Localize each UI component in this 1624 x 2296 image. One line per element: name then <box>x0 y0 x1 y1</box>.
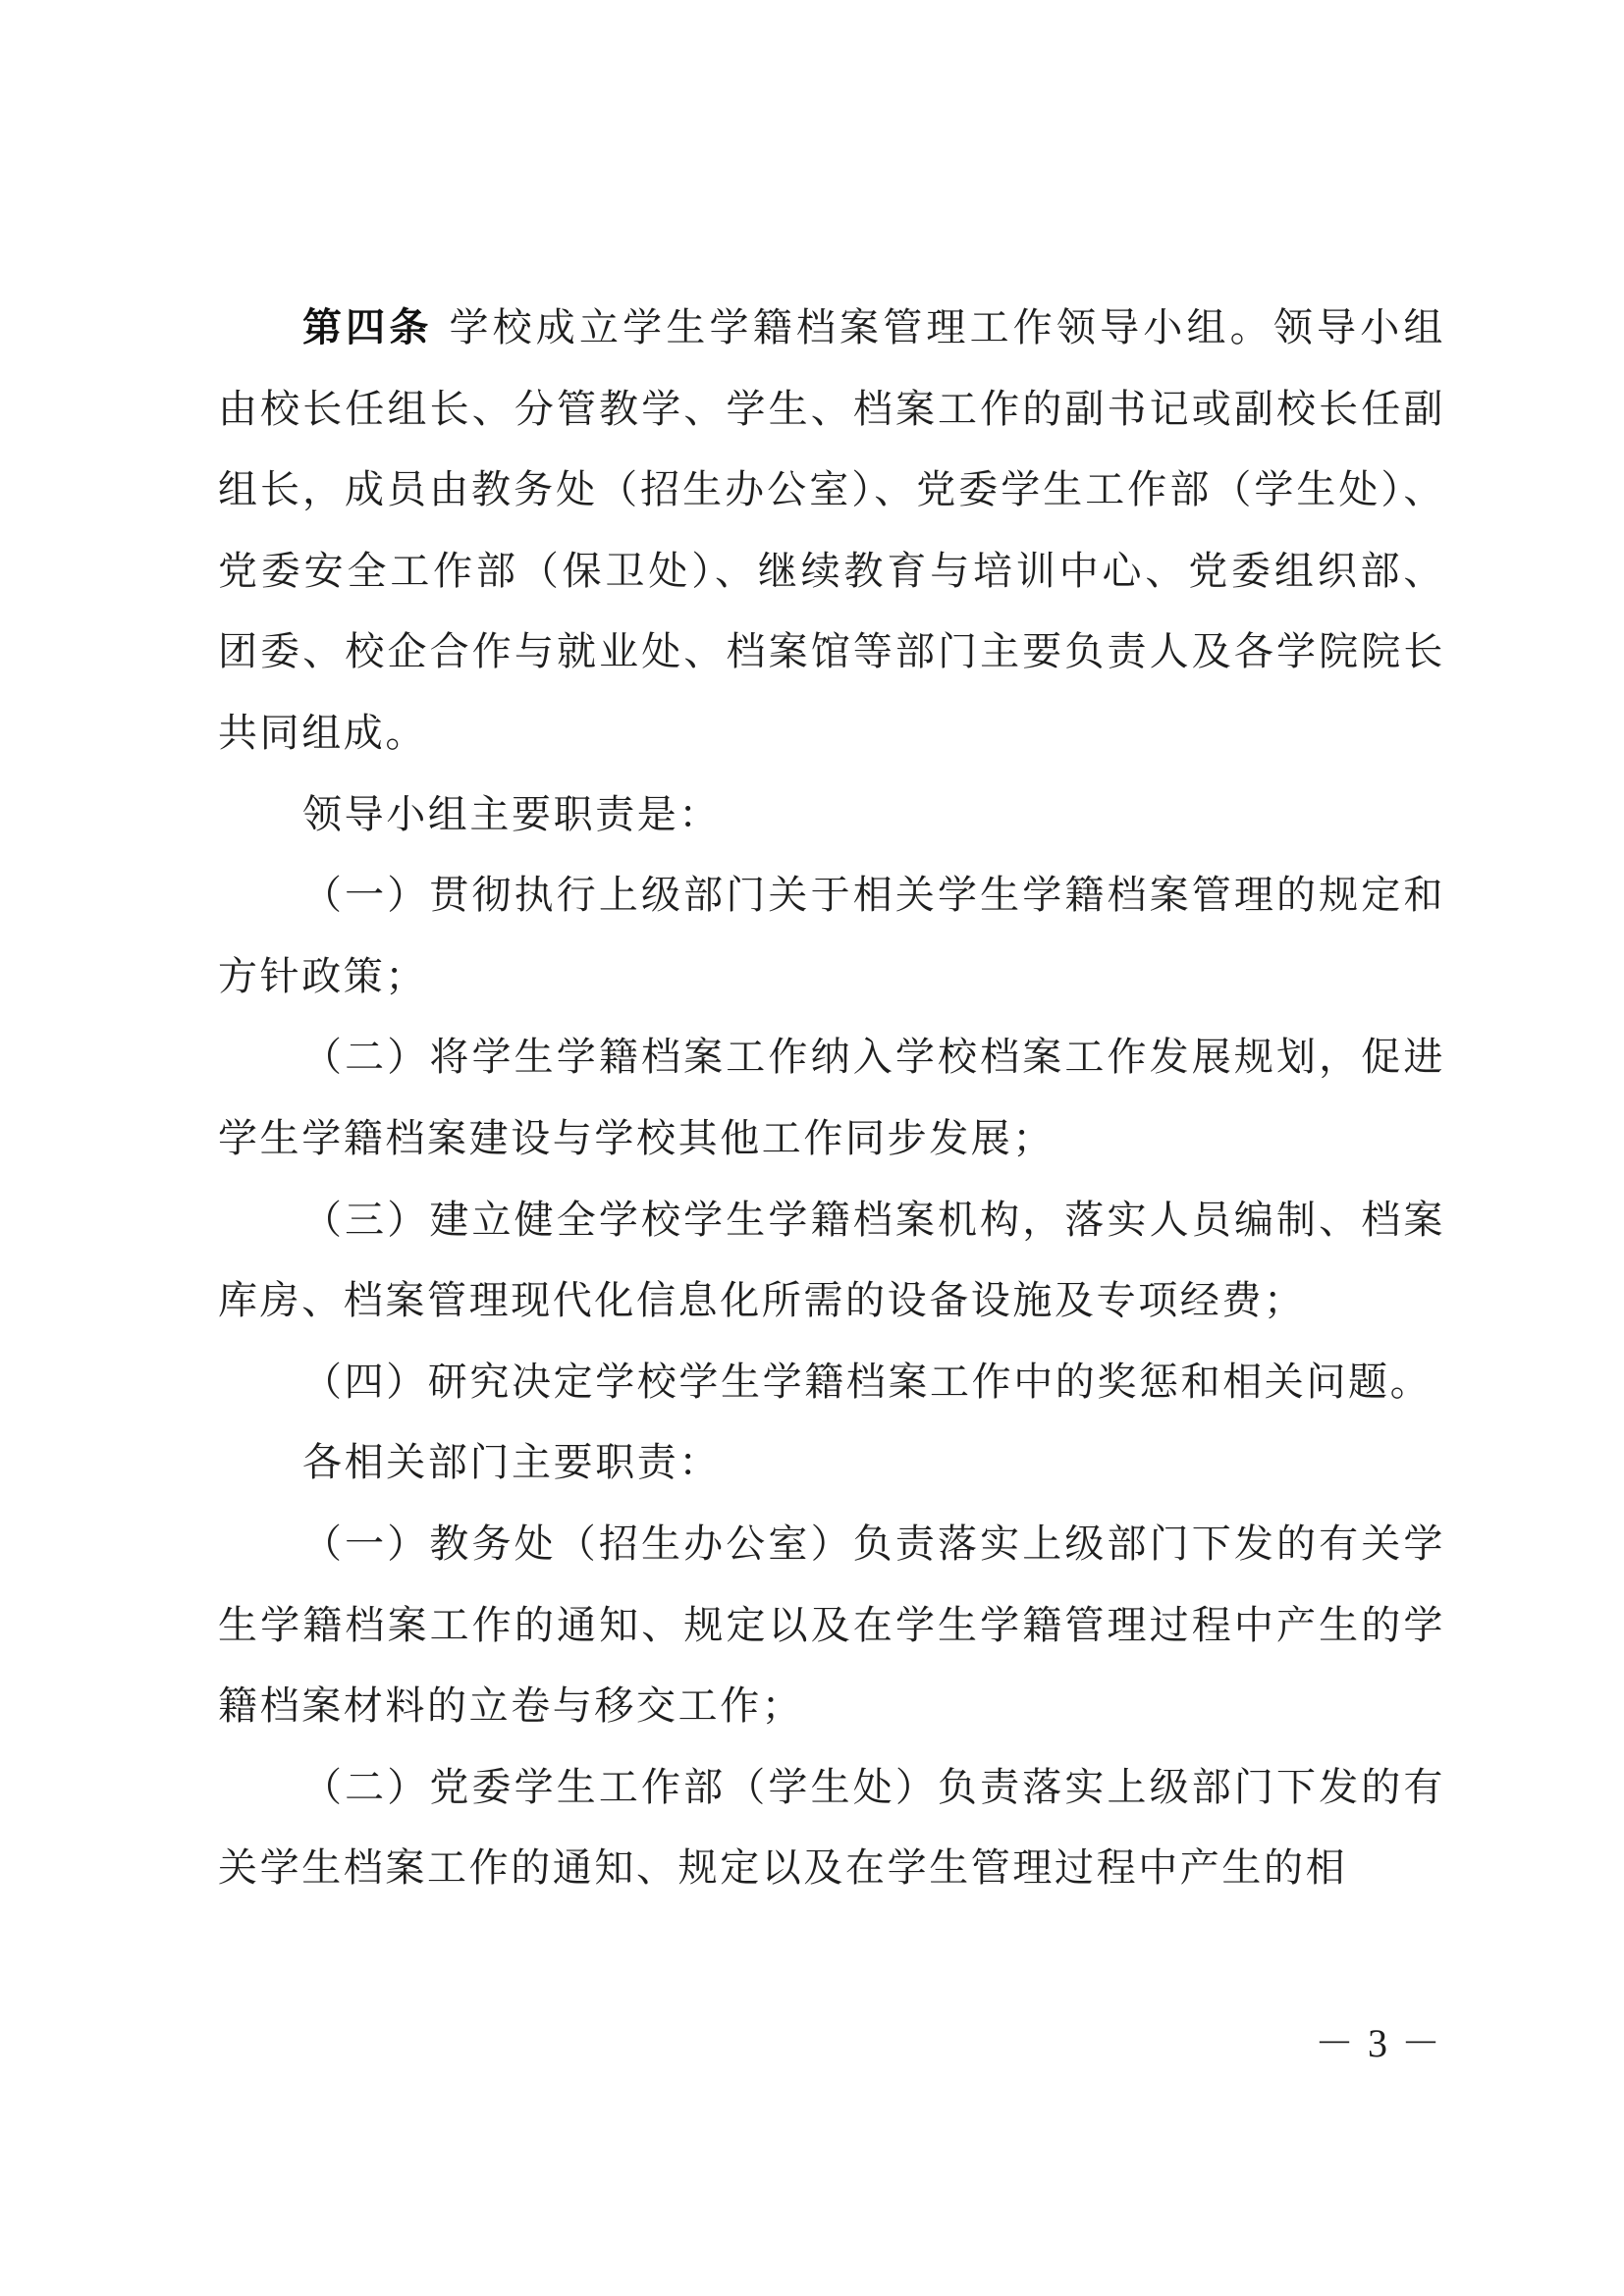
leadership-item-4: （四）研究决定学校学生学籍档案工作中的奖惩和相关问题。 <box>218 1342 1445 1423</box>
leadership-item-3: （三）建立健全学校学生学籍档案机构，落实人员编制、档案库房、档案管理现代化信息化… <box>218 1180 1445 1342</box>
document-page: 第四条 学校成立学生学籍档案管理工作领导小组。领导小组由校长任组长、分管教学、学… <box>0 0 1624 2296</box>
article-heading: 第四条 <box>302 304 433 350</box>
article-text: 学校成立学生学籍档案管理工作领导小组。领导小组由校长任组长、分管教学、学生、档案… <box>218 305 1445 756</box>
leadership-item-1: （一）贯彻执行上级部门关于相关学生学籍档案管理的规定和方针政策； <box>218 855 1445 1017</box>
departments-intro: 各相关部门主要职责： <box>218 1422 1445 1504</box>
article-four: 第四条 学校成立学生学籍档案管理工作领导小组。领导小组由校长任组长、分管教学、学… <box>218 288 1445 774</box>
department-item-1: （一）教务处（招生办公室）负责落实上级部门下发的有关学生学籍档案工作的通知、规定… <box>218 1504 1445 1747</box>
department-item-2: （二）党委学生工作部（学生处）负责落实上级部门下发的有关学生档案工作的通知、规定… <box>218 1747 1445 1909</box>
document-body: 第四条 学校成立学生学籍档案管理工作领导小组。领导小组由校长任组长、分管教学、学… <box>218 288 1445 1909</box>
leadership-intro: 领导小组主要职责是： <box>218 774 1445 856</box>
leadership-item-2: （二）将学生学籍档案工作纳入学校档案工作发展规划，促进学生学籍档案建设与学校其他… <box>218 1017 1445 1179</box>
page-number: － 3 － <box>1310 2012 1447 2068</box>
